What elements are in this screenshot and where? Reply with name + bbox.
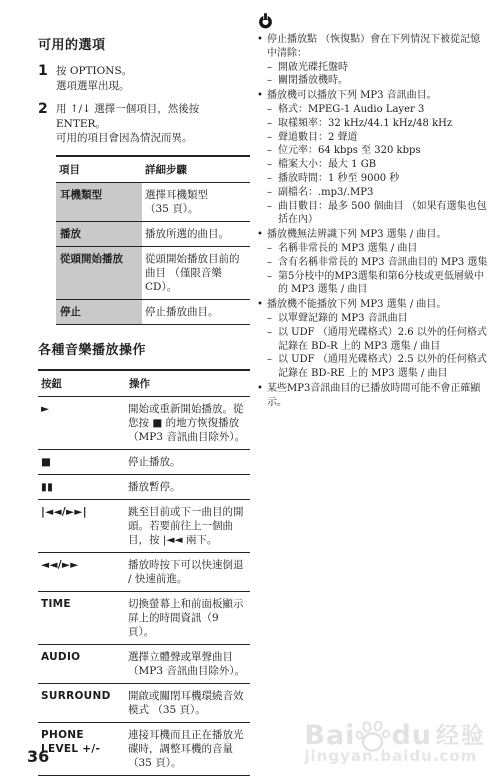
button-action: 播放時按下可以快速倒退 / 快速前進。	[126, 552, 250, 591]
watermark-url: jingyan.baidu.com	[304, 747, 486, 765]
right-column: 停止播放點 （恢復點）會在下列情況下被從記憶中清除： 開啟光碟托盤時 關閉播放機…	[257, 8, 488, 411]
rewind-forward-button-symbol: ◄◄/►►	[38, 552, 126, 591]
note-subitem: 位元率：64 kbps 至 320 kbps	[267, 144, 488, 158]
notes-list: 停止播放點 （恢復點）會在下列情況下被從記憶中清除： 開啟光碟托盤時 關閉播放機…	[257, 33, 488, 410]
option-term: 耳機類型	[56, 182, 142, 221]
note-subitem: 關閉播放機時。	[267, 74, 488, 88]
step-text: 按 OPTIONS。	[56, 64, 251, 79]
button-action: 開啟或關閉耳機環繞音效模式 （35 頁）。	[126, 683, 250, 722]
play-button-symbol: ►	[38, 396, 126, 449]
step-1: 1 按 OPTIONS。 選項選單出現。	[38, 64, 251, 93]
step-number: 1	[38, 64, 56, 93]
options-table-header-item: 項目	[56, 156, 142, 183]
notes-icon	[259, 12, 488, 30]
options-table: 項目 詳細步驟 耳機類型 選擇耳機類型 （35 頁）。 播放 播放所選的曲目。 …	[56, 155, 250, 325]
buttons-table-header-button: 按鈕	[38, 370, 126, 397]
table-row: TIME 切換螢幕上和前面板顯示屏上的時間資訊（9 頁）。	[38, 591, 250, 644]
option-detail: 選擇耳機類型 （35 頁）。	[142, 182, 250, 221]
pause-button-symbol: ▮▮	[38, 474, 126, 499]
note-item: 播放機可以播放下列 MP3 音訊曲目。 格式：MPEG-1 Audio Laye…	[257, 89, 488, 227]
option-detail: 停止播放曲目。	[142, 299, 250, 324]
button-action: 播放暫停。	[126, 474, 250, 499]
table-row: PHONE LEVEL +/- 連接耳機而且正在播放光碟時，調整耳機的音量（35…	[38, 722, 250, 775]
surround-button-label: SURROUND	[38, 683, 126, 722]
phone-level-button-label: PHONE LEVEL +/-	[38, 722, 126, 775]
table-row: ◄◄/►► 播放時按下可以快速倒退 / 快速前進。	[38, 552, 250, 591]
note-text: 播放機不能播放下列 MP3 選集 / 曲目。	[267, 299, 446, 310]
button-action: 停止播放。	[126, 449, 250, 474]
table-row: 從頭開始播放 從頭開始播放目前的 曲目 （僅限音樂 CD）。	[56, 246, 250, 299]
buttons-table-header-action: 操作	[126, 370, 250, 397]
option-term: 停止	[56, 299, 142, 324]
step-number: 2	[38, 102, 56, 146]
watermark-baidu-text-right: du	[391, 722, 432, 750]
note-subitem: 含有名稱非常長的 MP3 音訊曲目的 MP3 選集	[267, 256, 488, 270]
note-item: 播放機不能播放下列 MP3 選集 / 曲目。 以單聲記錄的 MP3 音訊曲目 以…	[257, 298, 488, 381]
option-detail: 從頭開始播放目前的 曲目 （僅限音樂 CD）。	[142, 246, 250, 299]
note-subitem: 以 UDF （通用光碟格式）2.5 以外的任何格式記錄在 BD-RE 上的 MP…	[267, 353, 488, 381]
note-item: 某些MP3音訊曲目的已播放時間可能不會正確顯示。	[257, 382, 488, 410]
note-subitem: 副檔名：.mp3/.MP3	[267, 186, 488, 200]
note-text: 播放機無法辨識下列 MP3 選集 / 曲目。	[267, 229, 446, 240]
note-item: 停止播放點 （恢復點）會在下列情況下被從記憶中清除： 開啟光碟托盤時 關閉播放機…	[257, 33, 488, 88]
prev-next-button-symbol: |◄◄/►►|	[38, 499, 126, 552]
note-subitem: 格式：MPEG-1 Audio Layer 3	[267, 103, 488, 117]
note-item: 播放機無法辨識下列 MP3 選集 / 曲目。 名稱非常長的 MP3 選集 / 曲…	[257, 228, 488, 297]
note-subitem: 以 UDF （通用光碟格式）2.6 以外的任何格式記錄在 BD-R 上的 MP3…	[267, 326, 488, 354]
option-term: 播放	[56, 221, 142, 246]
step-subtext: 可用的項目會因為情況而異。	[56, 131, 251, 146]
options-table-header-detail: 詳細步驟	[142, 156, 250, 183]
note-subitem: 取樣頻率：32 kHz/44.1 kHz/48 kHz	[267, 117, 488, 131]
table-row: ► 開始或重新開始播放。從您按 ■ 的地方恢復播放（MP3 音訊曲目除外）。	[38, 396, 250, 449]
note-subitem: 名稱非常長的 MP3 選集 / 曲目	[267, 242, 488, 256]
option-term: 從頭開始播放	[56, 246, 142, 299]
button-action: 連接耳機而且正在播放光碟時，調整耳機的音量（35 頁）。	[126, 722, 250, 775]
buttons-table: 按鈕 操作 ► 開始或重新開始播放。從您按 ■ 的地方恢復播放（MP3 音訊曲目…	[38, 369, 250, 776]
note-subitem: 聲道數目：2 聲道	[267, 131, 488, 145]
section-title-playback-operations: 各種音樂播放操作	[38, 339, 251, 358]
button-action: 開始或重新開始播放。從您按 ■ 的地方恢復播放（MP3 音訊曲目除外）。	[126, 396, 250, 449]
note-subitem: 以單聲記錄的 MP3 音訊曲目	[267, 312, 488, 326]
note-text: 停止播放點 （恢復點）會在下列情況下被從記憶中清除：	[267, 34, 480, 59]
table-row: |◄◄/►►| 跳至目前或下一曲目的開頭。若要前往上一個曲目，按 |◄◄ 兩下。	[38, 499, 250, 552]
left-column: 可用的選項 1 按 OPTIONS。 選項選單出現。 2 用 ↑/↓ 選擇一個項…	[38, 34, 251, 776]
step-text: 用 ↑/↓ 選擇一個項目，然後按 ENTER。	[56, 102, 251, 131]
note-subitem: 檔案大小：最大 1 GB	[267, 158, 488, 172]
table-row: 停止 停止播放曲目。	[56, 299, 250, 324]
table-row: ▮▮ 播放暫停。	[38, 474, 250, 499]
audio-button-label: AUDIO	[38, 644, 126, 683]
baidu-watermark: Bai du 经验 jingyan.baidu.com	[304, 721, 486, 765]
note-subitem: 第5分枝中的MP3選集和第6分枝或更低層級中的 MP3 選集 / 曲目	[267, 270, 488, 298]
table-row: AUDIO 選擇立體聲或單聲曲目（MP3 音訊曲目除外）。	[38, 644, 250, 683]
button-action: 切換螢幕上和前面板顯示屏上的時間資訊（9 頁）。	[126, 591, 250, 644]
button-action: 跳至目前或下一曲目的開頭。若要前往上一個曲目，按 |◄◄ 兩下。	[126, 499, 250, 552]
option-detail: 播放所選的曲目。	[142, 221, 250, 246]
table-row: 耳機類型 選擇耳機類型 （35 頁）。	[56, 182, 250, 221]
note-text: 播放機可以播放下列 MP3 音訊曲目。	[267, 90, 437, 101]
stop-button-symbol: ■	[38, 449, 126, 474]
button-action: 選擇立體聲或單聲曲目（MP3 音訊曲目除外）。	[126, 644, 250, 683]
note-subitem: 曲目數目：最多 500 個曲目 （如果有選集也包括在內）	[267, 200, 488, 228]
table-row: SURROUND 開啟或關閉耳機環繞音效模式 （35 頁）。	[38, 683, 250, 722]
note-subitem: 播放時間：1 秒至 9000 秒	[267, 172, 488, 186]
note-subitem: 開啟光碟托盤時	[267, 61, 488, 75]
step-2: 2 用 ↑/↓ 選擇一個項目，然後按 ENTER。 可用的項目會因為情況而異。	[38, 102, 251, 146]
note-text: 某些MP3音訊曲目的已播放時間可能不會正確顯示。	[267, 383, 480, 408]
section-title-available-options: 可用的選項	[38, 34, 251, 53]
time-button-label: TIME	[38, 591, 126, 644]
table-row: 播放 播放所選的曲目。	[56, 221, 250, 246]
table-row: ■ 停止播放。	[38, 449, 250, 474]
watermark-baidu-text-left: Bai	[304, 722, 355, 750]
step-subtext: 選項選單出現。	[56, 79, 251, 94]
watermark-jingyan-text: 经验	[436, 722, 486, 750]
page-number: 36	[27, 747, 49, 766]
